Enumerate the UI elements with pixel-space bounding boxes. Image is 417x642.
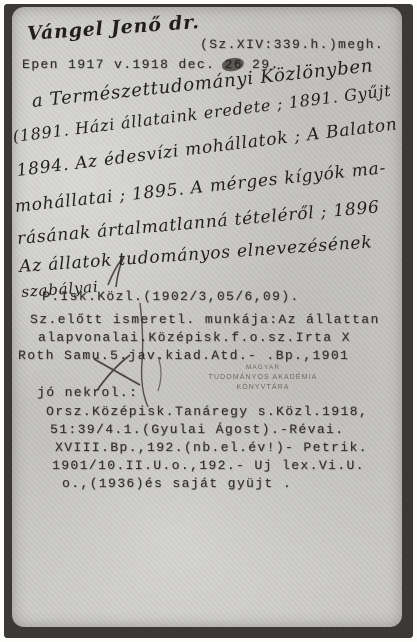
stamp-line: KÖNYVTÁRA: [197, 383, 329, 393]
typed-source-line: 51:39/4.1.(Gyulai Ágost).-Révai.: [50, 422, 344, 437]
typed-work-line: Sz.előtt ismeretl. munkája:Az állattan: [30, 312, 380, 327]
scanned-card-photo: Vángel Jenő dr. (Sz.XIV:339.h.)megh. Epe…: [0, 0, 417, 642]
typed-source-line: 1901/10.II.U.o.,192.- Uj lex.Vi.U.: [52, 458, 365, 473]
typed-reference-code: (Sz.XIV:339.h.)megh.: [200, 37, 384, 52]
library-stamp: MAGYAR TUDOMÁNYOS AKADÉMIA KÖNYVTÁRA: [197, 363, 329, 393]
catalog-card: Vángel Jenő dr. (Sz.XIV:339.h.)megh. Epe…: [12, 7, 402, 627]
typed-work-line: Roth Samu.5.jav.kiad.Atd.- .Bp.,1901: [18, 348, 349, 363]
stamp-line: TUDOMÁNYOS AKADÉMIA: [197, 373, 329, 383]
typed-work-line: alapvonalai.Középisk.f.o.sz.Irta X: [38, 330, 351, 345]
typed-source-line: o.,(1936)és saját gyüjt .: [62, 476, 292, 491]
necrology-label: jó nekrol.:: [37, 385, 138, 400]
stamp-line: MAGYAR: [197, 363, 329, 373]
death-date-prefix: Epen 1917 v.1918 dec.: [22, 57, 215, 72]
typed-source-line: Orsz.Középisk.Tanáregy s.Közl.1918,: [46, 404, 368, 419]
person-name-handwritten: Vángel Jenő dr.: [26, 11, 200, 45]
typed-periodical-reference: P.Isk.Közl.(1902/3,05/6,09).: [42, 289, 300, 304]
typed-source-line: XVIII.Bp.,192.(nb.el.év!)- Petrik.: [55, 440, 368, 455]
